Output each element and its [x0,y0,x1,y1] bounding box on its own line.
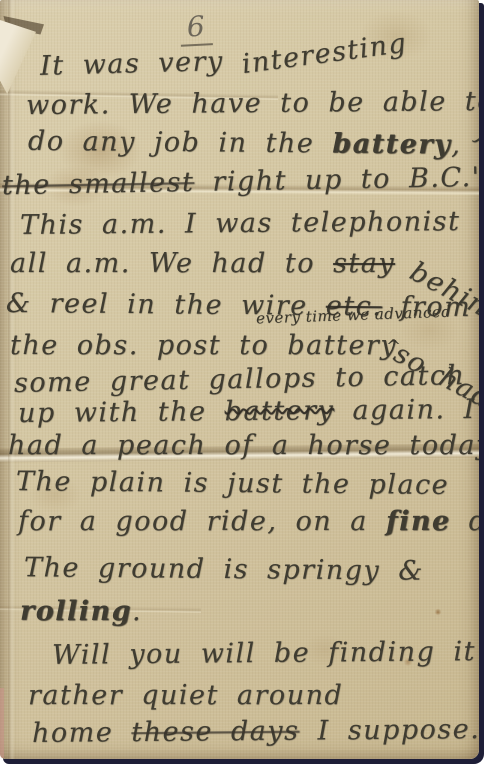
letter-line: Will you will be finding it [52,636,476,671]
letter-line: all a.m. We had to stay behind [10,248,479,279]
letter-line: the obs. post to battery so had [10,330,479,361]
insertion-caret-icon: ^ [386,336,401,357]
word-segment: It was very [40,46,242,82]
letter-line: home these days I suppose. [32,714,479,749]
word-segment: rolling [20,596,132,627]
word-segment: interesting [240,28,409,80]
word-segment: rather quiet around [28,680,343,711]
word-segment: This a.m. I was telephonist [20,206,461,241]
letter-scan: 6 It was very interesting work. We have … [0,0,490,772]
word-segment: The plain is just the place [16,466,449,501]
word-segment: Will you will be finding it [52,636,476,671]
word-segment: these days [131,716,299,748]
letter-line: This a.m. I was telephonist [20,206,461,241]
letter-line: the smallest right up to B.C.'s [2,162,479,202]
letter-line: some great gallops to catch [14,360,466,399]
letter-line: do any job in the battery, from [28,126,479,161]
word-segment: day [451,506,479,537]
word-segment: for a good ride, on a [18,506,386,537]
letter-line: It was very interesting [40,41,409,82]
word-segment: all a.m. We had to [10,248,333,279]
letter-line: had a peach of a horse today. [8,430,479,461]
word-segment: up with the [18,396,225,429]
word-segment: the smallest [2,167,195,201]
letter-line: rather quiet around [28,680,343,711]
word-segment: the obs. post to battery [10,330,397,361]
word-segment: work. We have to be able to [26,86,479,121]
word-segment: again. I [334,394,476,426]
letter-line: for a good ride, on a fine day [18,506,479,537]
word-segment: The ground is springy & [24,552,424,586]
word-segment: do any job in the [28,126,333,160]
letter-line: The plain is just the place [16,466,449,501]
paper-edge-artifact [0,688,4,758]
letter-line: up with the battery again. I [18,394,476,429]
letter-line: The ground is springy & [24,552,424,586]
word-segment: right up to B.C.'s [194,162,479,198]
letter-line: rolling. [20,596,142,627]
word-segment: battery [332,128,451,160]
page-number: 6 [179,9,213,47]
torn-corner [0,20,36,94]
letter-line: work. We have to be able to [26,86,479,121]
word-segment: fine [386,506,451,537]
word-segment: I suppose. [299,714,479,747]
paper-sheet: 6 It was very interesting work. We have … [0,0,479,759]
word-segment: battery [224,395,334,427]
word-segment: stay [333,248,395,279]
word-segment: home [32,717,132,749]
word-segment: had a peach of a horse today. [8,430,479,461]
word-segment: some great gallops to catch [14,360,466,399]
word-segment: . [132,596,142,627]
